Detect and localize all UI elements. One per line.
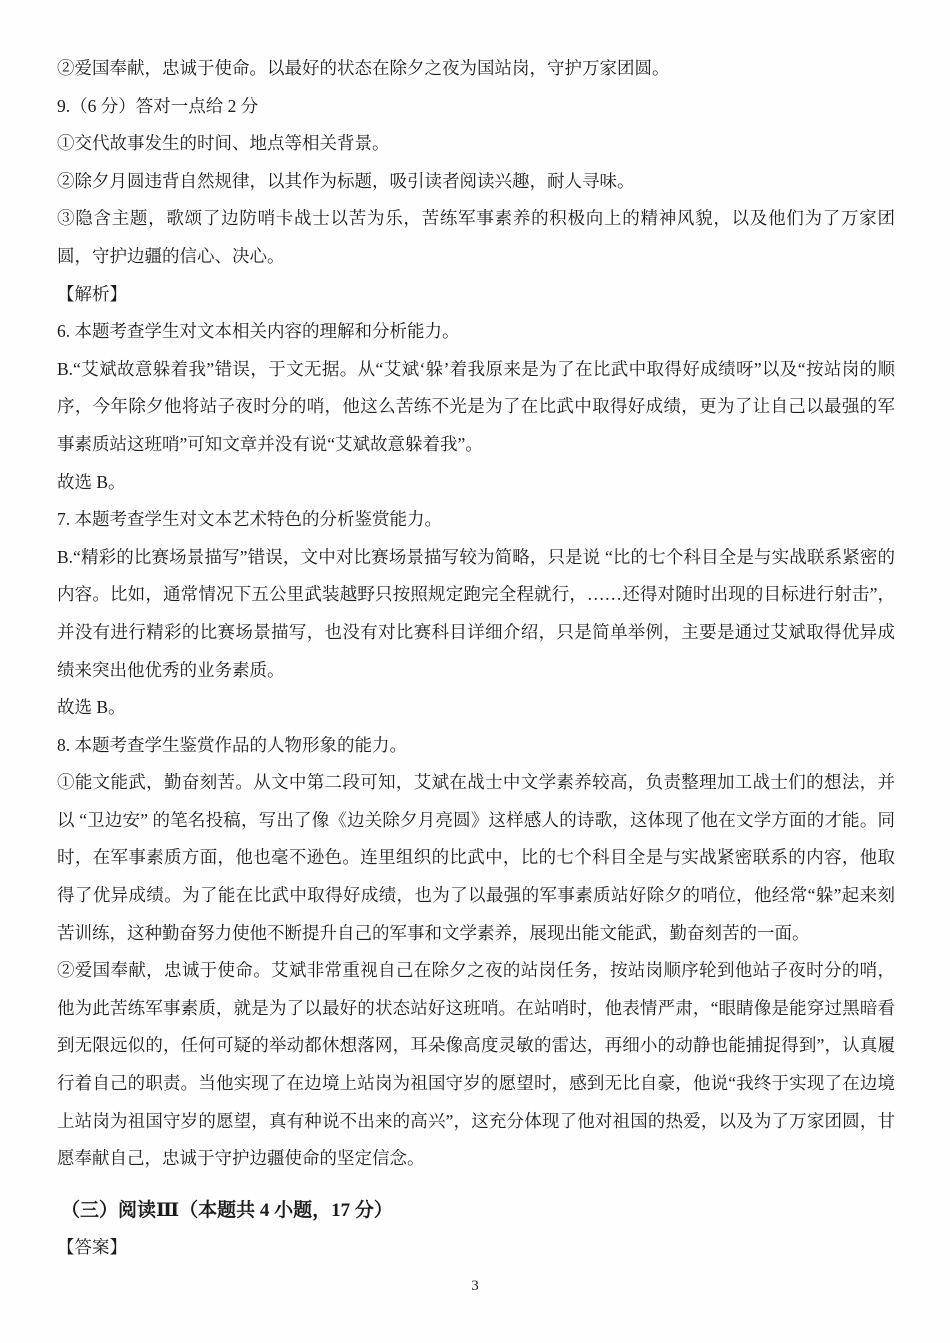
q8-analysis-intro: 8. 本题考查学生鉴赏作品的人物形象的能力。 <box>57 727 895 765</box>
q8-answer-point-1: ①能文能武，勤奋刻苦。从文中第二段可知，艾斌在战士中文学素养较高，负责整理加工战… <box>57 764 895 952</box>
q6-analysis-intro: 6. 本题考查学生对文本相关内容的理解和分析能力。 <box>57 313 895 351</box>
q9-answer-point-3: ③隐含主题，歌颂了边防哨卡战士以苦为乐，苦练军事素养的积极向上的精神风貌，以及他… <box>57 200 895 275</box>
question-9-score-note: 9.（6 分）答对一点给 2 分 <box>57 88 895 126</box>
q7-conclusion: 故选 B。 <box>57 689 895 727</box>
section-3-reading-heading: （三）阅读Ⅲ（本题共 4 小题，17 分） <box>57 1192 895 1230</box>
q6-analysis-explanation: B.“艾斌故意躲着我”错误，于文无据。从“艾斌‘躲’着我原来是为了在比武中取得好… <box>57 351 895 464</box>
analysis-section-label: 【解析】 <box>57 276 895 314</box>
q7-analysis-explanation: B.“精彩的比赛场景描写”错误，文中对比赛场景描写较为简略，只是说 “比的七个科… <box>57 539 895 689</box>
exam-answer-document-page: ②爱国奉献，忠诚于使命。以最好的状态在除夕之夜为国站岗，守护万家团圆。 9.（6… <box>0 0 950 1343</box>
prev-answer-point-2: ②爱国奉献，忠诚于使命。以最好的状态在除夕之夜为国站岗，守护万家团圆。 <box>57 50 895 88</box>
q6-conclusion: 故选 B。 <box>57 464 895 502</box>
page-number: 3 <box>0 1276 950 1296</box>
document-body: ②爱国奉献，忠诚于使命。以最好的状态在除夕之夜为国站岗，守护万家团圆。 9.（6… <box>57 0 895 1267</box>
q9-answer-point-1: ①交代故事发生的时间、地点等相关背景。 <box>57 125 895 163</box>
answer-section-label: 【答案】 <box>57 1229 895 1267</box>
q7-analysis-intro: 7. 本题考查学生对文本艺术特色的分析鉴赏能力。 <box>57 501 895 539</box>
q8-answer-point-2: ②爱国奉献，忠诚于使命。艾斌非常重视自己在除夕之夜的站岗任务，按站岗顺序轮到他站… <box>57 952 895 1178</box>
q9-answer-point-2: ②除夕月圆违背自然规律，以其作为标题，吸引读者阅读兴趣，耐人寻味。 <box>57 163 895 201</box>
